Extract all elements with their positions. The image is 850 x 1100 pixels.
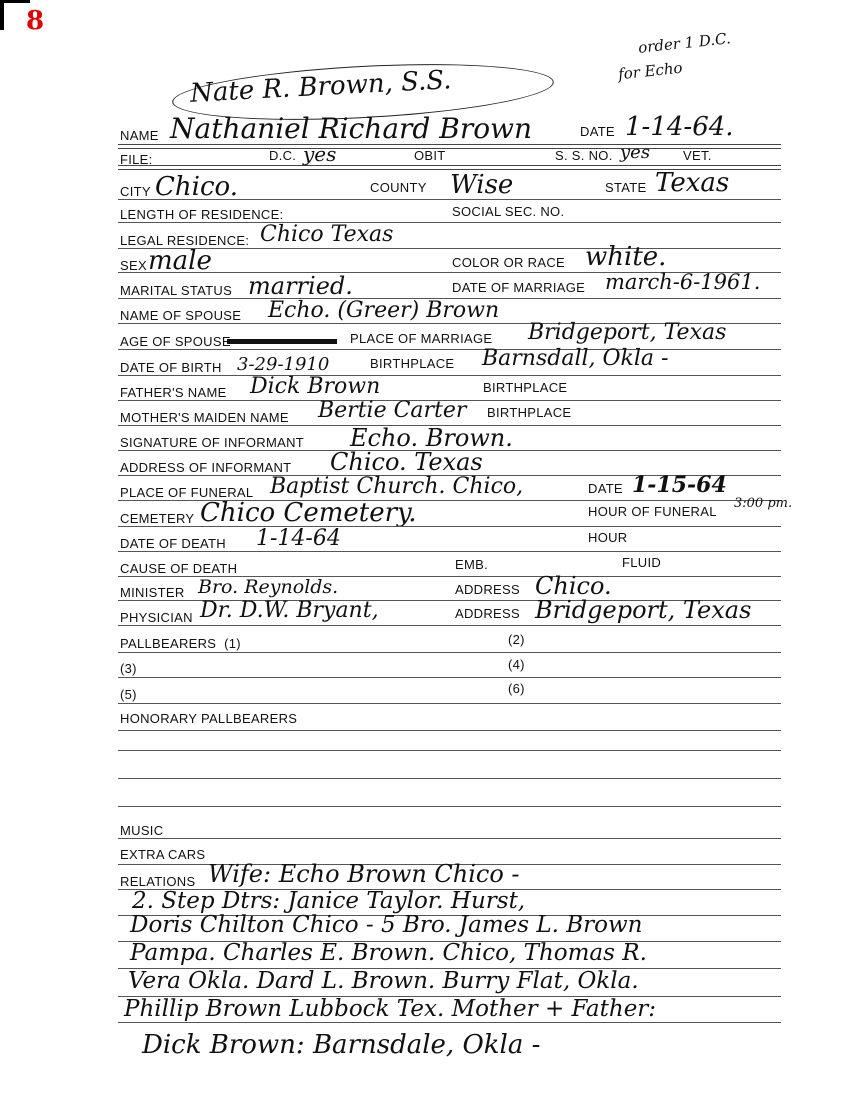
side-note-line2: for Echo bbox=[617, 59, 683, 84]
cause-of-death-label: CAUSE OF DEATH bbox=[120, 561, 237, 576]
city-value: Chico. bbox=[155, 172, 238, 202]
rule bbox=[118, 551, 781, 552]
pallbearer-slot-6: (6) bbox=[508, 681, 525, 696]
pallbearer-slot-3: (3) bbox=[120, 661, 137, 676]
fathers-name-label: FATHER'S NAME bbox=[120, 385, 227, 400]
date-of-birth-label: DATE OF BIRTH bbox=[120, 360, 222, 375]
page-number: 8 bbox=[26, 6, 44, 36]
rule bbox=[118, 375, 781, 376]
hour-of-funeral-value: 3:00 pm. bbox=[734, 496, 792, 511]
length-of-residence-label: LENGTH OF RESIDENCE: bbox=[120, 207, 283, 222]
pallbearer-slot-1: (1) bbox=[224, 636, 241, 651]
dc-value: yes bbox=[303, 142, 336, 166]
pallbearer-slot-4: (4) bbox=[508, 657, 525, 672]
county-label: COUNTY bbox=[370, 180, 427, 195]
rule bbox=[118, 652, 781, 653]
birthplace-value: Barnsdall, Okla - bbox=[482, 346, 668, 371]
relations-line: Vera Okla. Dard L. Brown. Burry Flat, Ok… bbox=[128, 968, 639, 994]
vet-label: VET. bbox=[683, 148, 712, 163]
music-label: MUSIC bbox=[120, 823, 163, 838]
father-birthplace-label: BIRTHPLACE bbox=[483, 380, 567, 395]
place-of-marriage-value: Bridgeport, Texas bbox=[528, 320, 726, 345]
relations-line: Phillip Brown Lubbock Tex. Mother + Fath… bbox=[124, 996, 656, 1022]
place-of-marriage-label: PLACE OF MARRIAGE bbox=[350, 331, 492, 346]
rule bbox=[118, 703, 781, 704]
rule bbox=[118, 625, 781, 626]
date-of-birth-value: 3-29-1910 bbox=[237, 354, 329, 375]
scan-edge-top bbox=[0, 0, 30, 3]
relations-line: Pampa. Charles E. Brown. Chico, Thomas R… bbox=[130, 940, 647, 966]
hour-label: HOUR bbox=[588, 530, 627, 545]
date-of-marriage-value: march-6-1961. bbox=[605, 270, 760, 294]
minister-address-label: ADDRESS bbox=[455, 582, 520, 597]
physician-address-label: ADDRESS bbox=[455, 606, 520, 621]
side-note-line1: order 1 D.C. bbox=[637, 29, 731, 57]
pallbearer-slot-2: (2) bbox=[508, 632, 525, 647]
relations-label: RELATIONS bbox=[120, 874, 195, 889]
county-value: Wise bbox=[450, 170, 513, 200]
minister-value: Bro. Reynolds. bbox=[198, 576, 338, 598]
name-value: Nathaniel Richard Brown bbox=[170, 112, 532, 145]
name-of-spouse-value: Echo. (Greer) Brown bbox=[268, 298, 499, 323]
emb-label: EMB. bbox=[455, 557, 488, 572]
rule bbox=[118, 806, 781, 807]
cemetery-label: CEMETERY bbox=[120, 511, 194, 526]
extra-cars-label: EXTRA CARS bbox=[120, 847, 205, 862]
funeral-date-value: 1-15-64 bbox=[632, 472, 727, 498]
address-of-informant-label: ADDRESS OF INFORMANT bbox=[120, 460, 291, 475]
rule bbox=[118, 199, 781, 200]
rule bbox=[118, 222, 781, 223]
rule bbox=[118, 677, 781, 678]
state-value: Texas bbox=[655, 168, 729, 198]
hour-of-funeral-label: HOUR OF FUNERAL bbox=[588, 504, 717, 519]
pallbearer-slot-5: (5) bbox=[120, 687, 137, 702]
scan-edge bbox=[0, 0, 4, 1100]
rule bbox=[118, 526, 781, 527]
rule bbox=[118, 778, 781, 779]
marital-status-value: married. bbox=[248, 272, 353, 300]
color-or-race-label: COLOR OR RACE bbox=[452, 255, 565, 270]
rule bbox=[118, 838, 781, 839]
color-or-race-value: white. bbox=[585, 242, 666, 272]
physician-label: PHYSICIAN bbox=[120, 610, 193, 625]
age-of-spouse-label: AGE OF SPOUSE bbox=[120, 334, 231, 349]
dc-label: D.C. bbox=[269, 148, 296, 163]
fluid-label: FLUID bbox=[622, 555, 661, 570]
funeral-date-label: DATE bbox=[588, 481, 623, 496]
ss-no-label: S. S. NO. bbox=[555, 148, 613, 163]
ss-no-value: yes bbox=[620, 142, 650, 163]
cemetery-value: Chico Cemetery. bbox=[200, 498, 417, 528]
relations-line: Dick Brown: Barnsdale, Okla - bbox=[142, 1030, 540, 1060]
city-label: CITY bbox=[120, 184, 151, 199]
mothers-maiden-name-value: Bertie Carter bbox=[318, 398, 466, 423]
age-of-spouse-struck-value bbox=[227, 339, 337, 344]
date-label: DATE bbox=[580, 124, 615, 139]
rule bbox=[118, 750, 781, 751]
minister-label: MINISTER bbox=[120, 585, 185, 600]
rule bbox=[118, 248, 781, 249]
address-of-informant-value: Chico. Texas bbox=[330, 448, 483, 476]
marital-status-label: MARITAL STATUS bbox=[120, 283, 232, 298]
rule bbox=[118, 1022, 781, 1023]
state-label: STATE bbox=[605, 180, 646, 195]
date-of-marriage-label: DATE OF MARRIAGE bbox=[452, 280, 585, 295]
physician-value: Dr. D.W. Bryant, bbox=[200, 598, 379, 623]
mothers-maiden-name-label: MOTHER'S MAIDEN NAME bbox=[120, 410, 289, 425]
name-of-spouse-label: NAME OF SPOUSE bbox=[120, 308, 241, 323]
relations-line: 2. Step Dtrs: Janice Taylor. Hurst, bbox=[132, 888, 525, 914]
mother-birthplace-label: BIRTHPLACE bbox=[487, 405, 571, 420]
pallbearers-label: PALLBEARERS (1) bbox=[120, 636, 241, 651]
relations-line: Doris Chilton Chico - 5 Bro. James L. Br… bbox=[130, 912, 643, 938]
sex-label: SEX bbox=[120, 258, 147, 273]
physician-address-value: Bridgeport, Texas bbox=[535, 596, 751, 624]
name-label: NAME bbox=[120, 128, 159, 143]
date-of-death-label: DATE OF DEATH bbox=[120, 536, 226, 551]
rule bbox=[118, 730, 781, 731]
place-of-funeral-value: Baptist Church. Chico, bbox=[270, 474, 523, 499]
social-sec-no-label: SOCIAL SEC. NO. bbox=[452, 204, 564, 219]
obit-label: OBIT bbox=[414, 148, 446, 163]
relations-line: Wife: Echo Brown Chico - bbox=[208, 860, 520, 888]
legal-residence-value: Chico Texas bbox=[260, 222, 393, 247]
honorary-pallbearers-label: HONORARY PALLBEARERS bbox=[120, 711, 297, 726]
birthplace-label: BIRTHPLACE bbox=[370, 356, 454, 371]
date-value: 1-14-64. bbox=[625, 112, 734, 142]
date-of-death-value: 1-14-64 bbox=[256, 526, 341, 551]
fathers-name-value: Dick Brown bbox=[250, 374, 380, 399]
rule bbox=[118, 144, 781, 149]
signature-of-informant-label: SIGNATURE OF INFORMANT bbox=[120, 435, 304, 450]
rule bbox=[118, 349, 781, 350]
pallbearers-label-text: PALLBEARERS bbox=[120, 636, 216, 651]
